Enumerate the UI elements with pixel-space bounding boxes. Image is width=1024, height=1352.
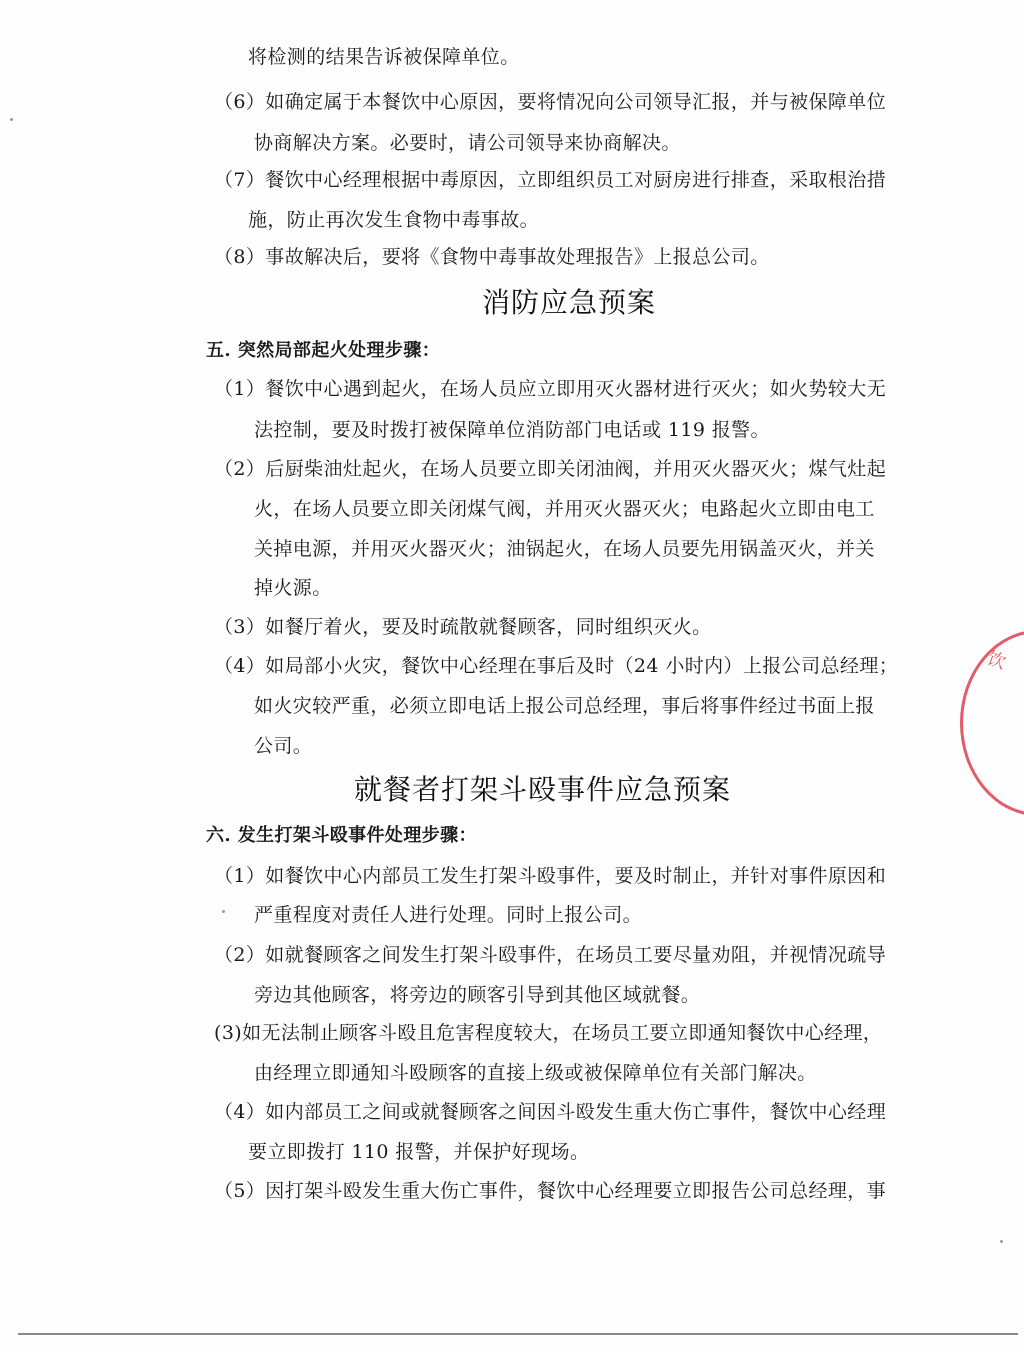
section-six-heading: 六. 发生打架斗殴事件处理步骤：: [206, 823, 477, 849]
item-number: （6）: [214, 91, 265, 113]
fire-item-2-cont-2: 关掉电源，并用灭火器灭火；油锅起火，在场人员要先用锅盖灭火，并关: [254, 536, 875, 562]
fire-item-4: （4）如局部小火灾，餐饮中心经理在事后及时（24 小时内）上报公司总经理；: [214, 653, 898, 679]
fire-item-2-cont-1: 火，在场人员要立即关闭煤气阀，并用灭火器灭火；电路起火立即由电工: [254, 496, 875, 522]
item-number: （4）: [214, 1101, 265, 1123]
item-text: 事故解决后，要将《食物中毒事故处理报告》上报总公司。: [265, 246, 769, 268]
page-bottom-edge: [18, 1333, 1018, 1335]
section-five-heading: 五. 突然局部起火处理步骤：: [206, 338, 440, 364]
fight-item-1-cont: 严重程度对责任人进行处理。同时上报公司。: [254, 902, 642, 928]
item-number: （3）: [214, 616, 265, 638]
scan-speck: [222, 910, 225, 913]
item-number: （2）: [214, 458, 265, 480]
fight-item-1: （1）如餐饮中心内部员工发生打架斗殴事件，要及时制止，并针对事件原因和: [214, 863, 886, 889]
fight-item-2: （2）如就餐顾客之间发生打架斗殴事件，在场员工要尽量劝阻，并视情况疏导: [214, 942, 886, 968]
item-text: 如确定属于本餐饮中心原因，要将情况向公司领导汇报，并与被保障单位: [265, 91, 886, 113]
item-text: 如就餐顾客之间发生打架斗殴事件，在场员工要尽量劝阻，并视情况疏导: [265, 944, 886, 966]
fire-item-3: （3）如餐厅着火，要及时疏散就餐顾客，同时组织灭火。: [214, 614, 712, 640]
scanned-page: 将检测的结果告诉被保障单位。 （6）如确定属于本餐饮中心原因，要将情况向公司领导…: [0, 0, 1024, 1352]
fire-item-2: （2）后厨柴油灶起火，在场人员要立即关闭油阀，并用灭火器灭火；煤气灶起: [214, 456, 886, 482]
list-item-6-cont: 协商解决方案。必要时，请公司领导来协商解决。: [254, 130, 681, 156]
fight-item-4-cont: 要立即拨打 110 报警，并保护好现场。: [248, 1139, 589, 1165]
list-item-8: （8）事故解决后，要将《食物中毒事故处理报告》上报总公司。: [214, 244, 770, 270]
scan-speck: [1000, 1240, 1003, 1243]
item-number: （4）: [214, 655, 265, 677]
item-number: （2）: [214, 944, 265, 966]
fire-item-4-cont-2: 公司。: [254, 733, 312, 759]
item-text: 如餐饮中心内部员工发生打架斗殴事件，要及时制止，并针对事件原因和: [265, 865, 886, 887]
continuation-line: 将检测的结果告诉被保障单位。: [248, 44, 520, 70]
fight-item-3: (3)如无法制止顾客斗殴且危害程度较大，在场员工要立即通知餐饮中心经理，: [214, 1020, 882, 1046]
item-number: (3): [214, 1022, 242, 1044]
item-number: （7）: [214, 169, 265, 191]
fight-item-3-cont: 由经理立即通知斗殴顾客的直接上级或被保障单位有关部门解决。: [254, 1060, 817, 1086]
fire-item-4-cont-1: 如火灾较严重，必须立即电话上报公司总经理，事后将事件经过书面上报: [254, 693, 875, 719]
item-number: （8）: [214, 246, 265, 268]
item-text: 如无法制止顾客斗殴且危害程度较大，在场员工要立即通知餐饮中心经理，: [242, 1022, 882, 1044]
item-text: 餐饮中心遇到起火，在场人员应立即用灭火器材进行灭火；如火势较大无: [265, 378, 886, 400]
item-text: 餐饮中心经理根据中毒原因，立即组织员工对厨房进行排查，采取根治措: [265, 169, 886, 191]
item-text: 因打架斗殴发生重大伤亡事件，餐饮中心经理要立即报告公司总经理，事: [265, 1180, 886, 1202]
fire-plan-title: 消防应急预案: [482, 285, 656, 321]
fire-item-1-cont: 法控制，要及时拨打被保障单位消防部门电话或 119 报警。: [254, 417, 770, 443]
list-item-7-cont: 施，防止再次发生食物中毒事故。: [248, 207, 539, 233]
scan-speck: [10, 118, 13, 121]
item-number: （1）: [214, 865, 265, 887]
item-text: 后厨柴油灶起火，在场人员要立即关闭油阀，并用灭火器灭火；煤气灶起: [265, 458, 886, 480]
item-text: 如内部员工之间或就餐顾客之间因斗殴发生重大伤亡事件，餐饮中心经理: [265, 1101, 886, 1123]
fight-item-4: （4）如内部员工之间或就餐顾客之间因斗殴发生重大伤亡事件，餐饮中心经理: [214, 1099, 886, 1125]
list-item-7: （7）餐饮中心经理根据中毒原因，立即组织员工对厨房进行排查，采取根治措: [214, 167, 886, 193]
fight-item-2-cont: 旁边其他顾客，将旁边的顾客引导到其他区域就餐。: [254, 982, 700, 1008]
fight-plan-title: 就餐者打架斗殴事件应急预案: [354, 772, 731, 808]
fire-item-2-cont-3: 掉火源。: [254, 575, 332, 601]
item-number: （5）: [214, 1180, 265, 1202]
item-number: （1）: [214, 378, 265, 400]
list-item-6: （6）如确定属于本餐饮中心原因，要将情况向公司领导汇报，并与被保障单位: [214, 89, 886, 115]
fire-item-1: （1）餐饮中心遇到起火，在场人员应立即用灭火器材进行灭火；如火势较大无: [214, 376, 886, 402]
item-text: 如餐厅着火，要及时疏散就餐顾客，同时组织灭火。: [265, 616, 711, 638]
fight-item-5: （5）因打架斗殴发生重大伤亡事件，餐饮中心经理要立即报告公司总经理，事: [214, 1178, 886, 1204]
item-text: 如局部小火灾，餐饮中心经理在事后及时（24 小时内）上报公司总经理；: [265, 655, 898, 677]
